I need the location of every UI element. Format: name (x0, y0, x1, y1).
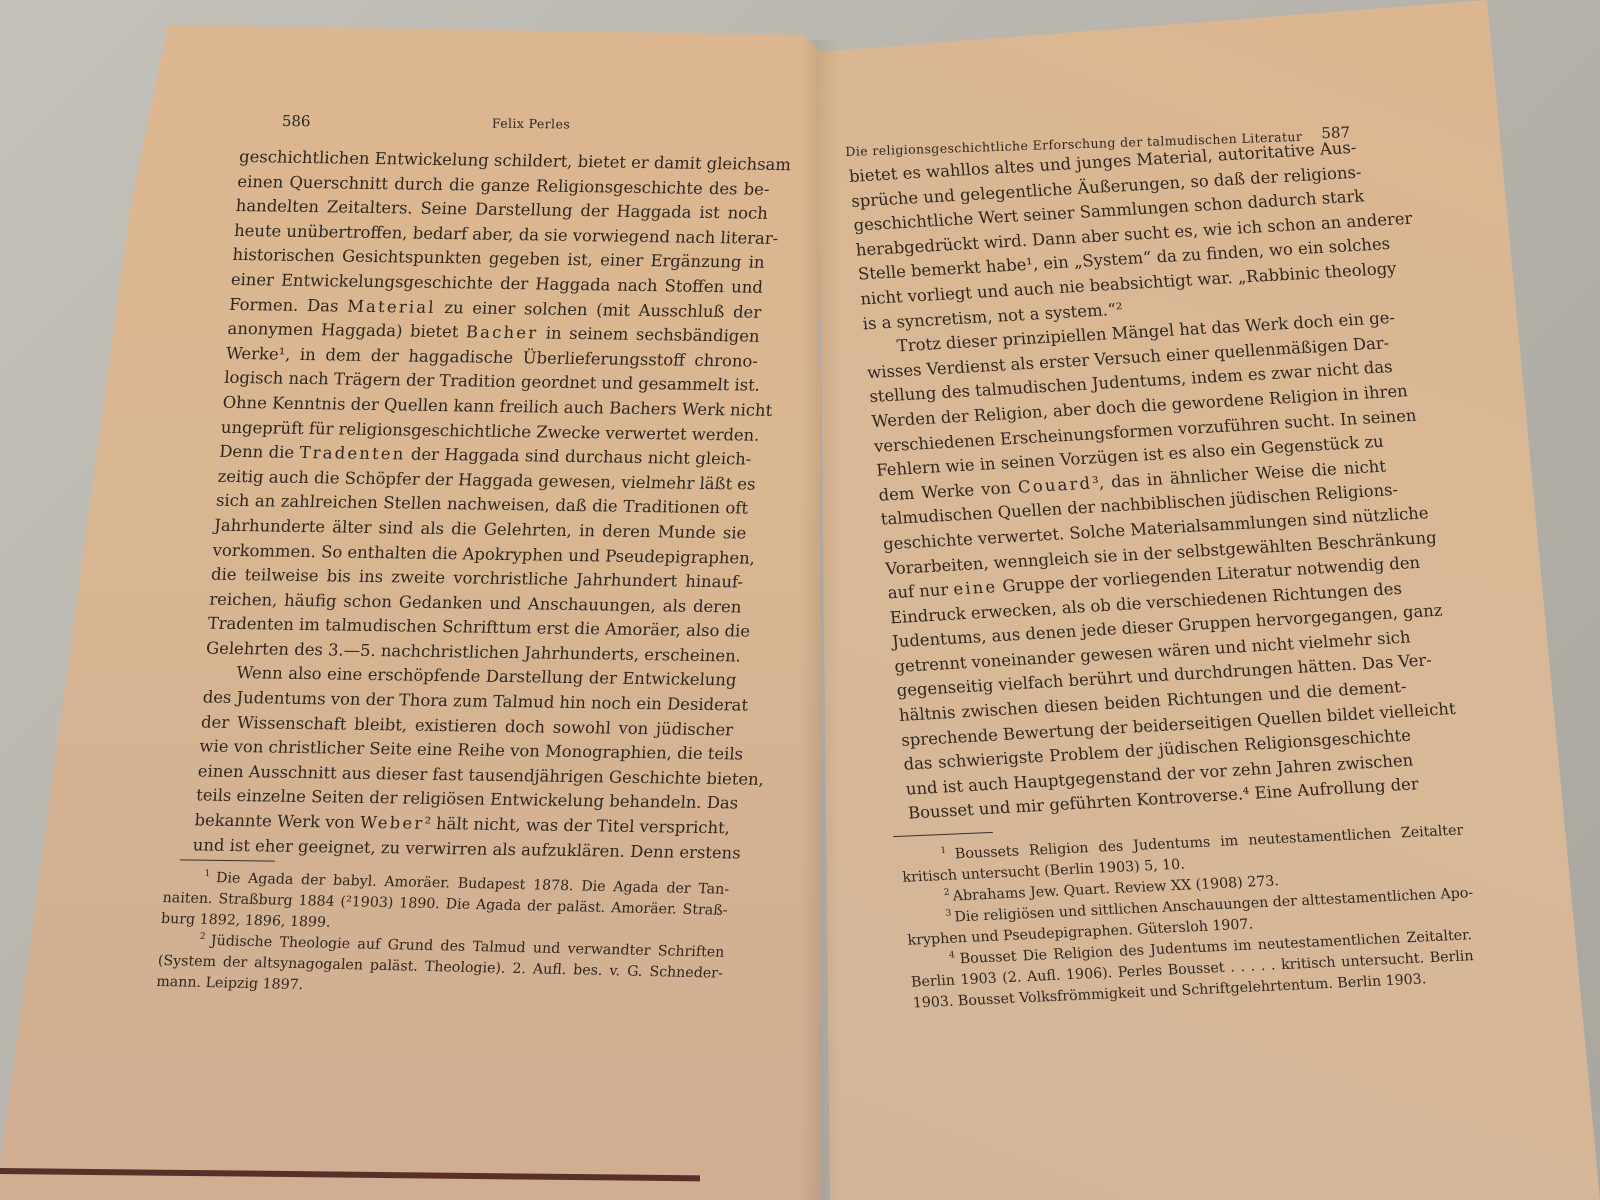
footnote-marker: 1 (204, 869, 217, 879)
footnote-marker: 1 (940, 845, 955, 856)
left-page-footnotes: 1 Die Agada der babyl. Amoräer. Budapest… (156, 867, 730, 1006)
book-gutter (800, 40, 840, 1200)
page-number: 586 (282, 112, 311, 130)
left-page-body: geschichtlichen Entwickelung schildert, … (192, 145, 772, 865)
running-head: Felix Perles (492, 116, 570, 132)
right-page-body: bietet es wahllos altes und junges Mater… (848, 136, 1417, 827)
right-page-footnotes: 1 Boussets Religion des Judentums im neu… (900, 820, 1476, 1014)
